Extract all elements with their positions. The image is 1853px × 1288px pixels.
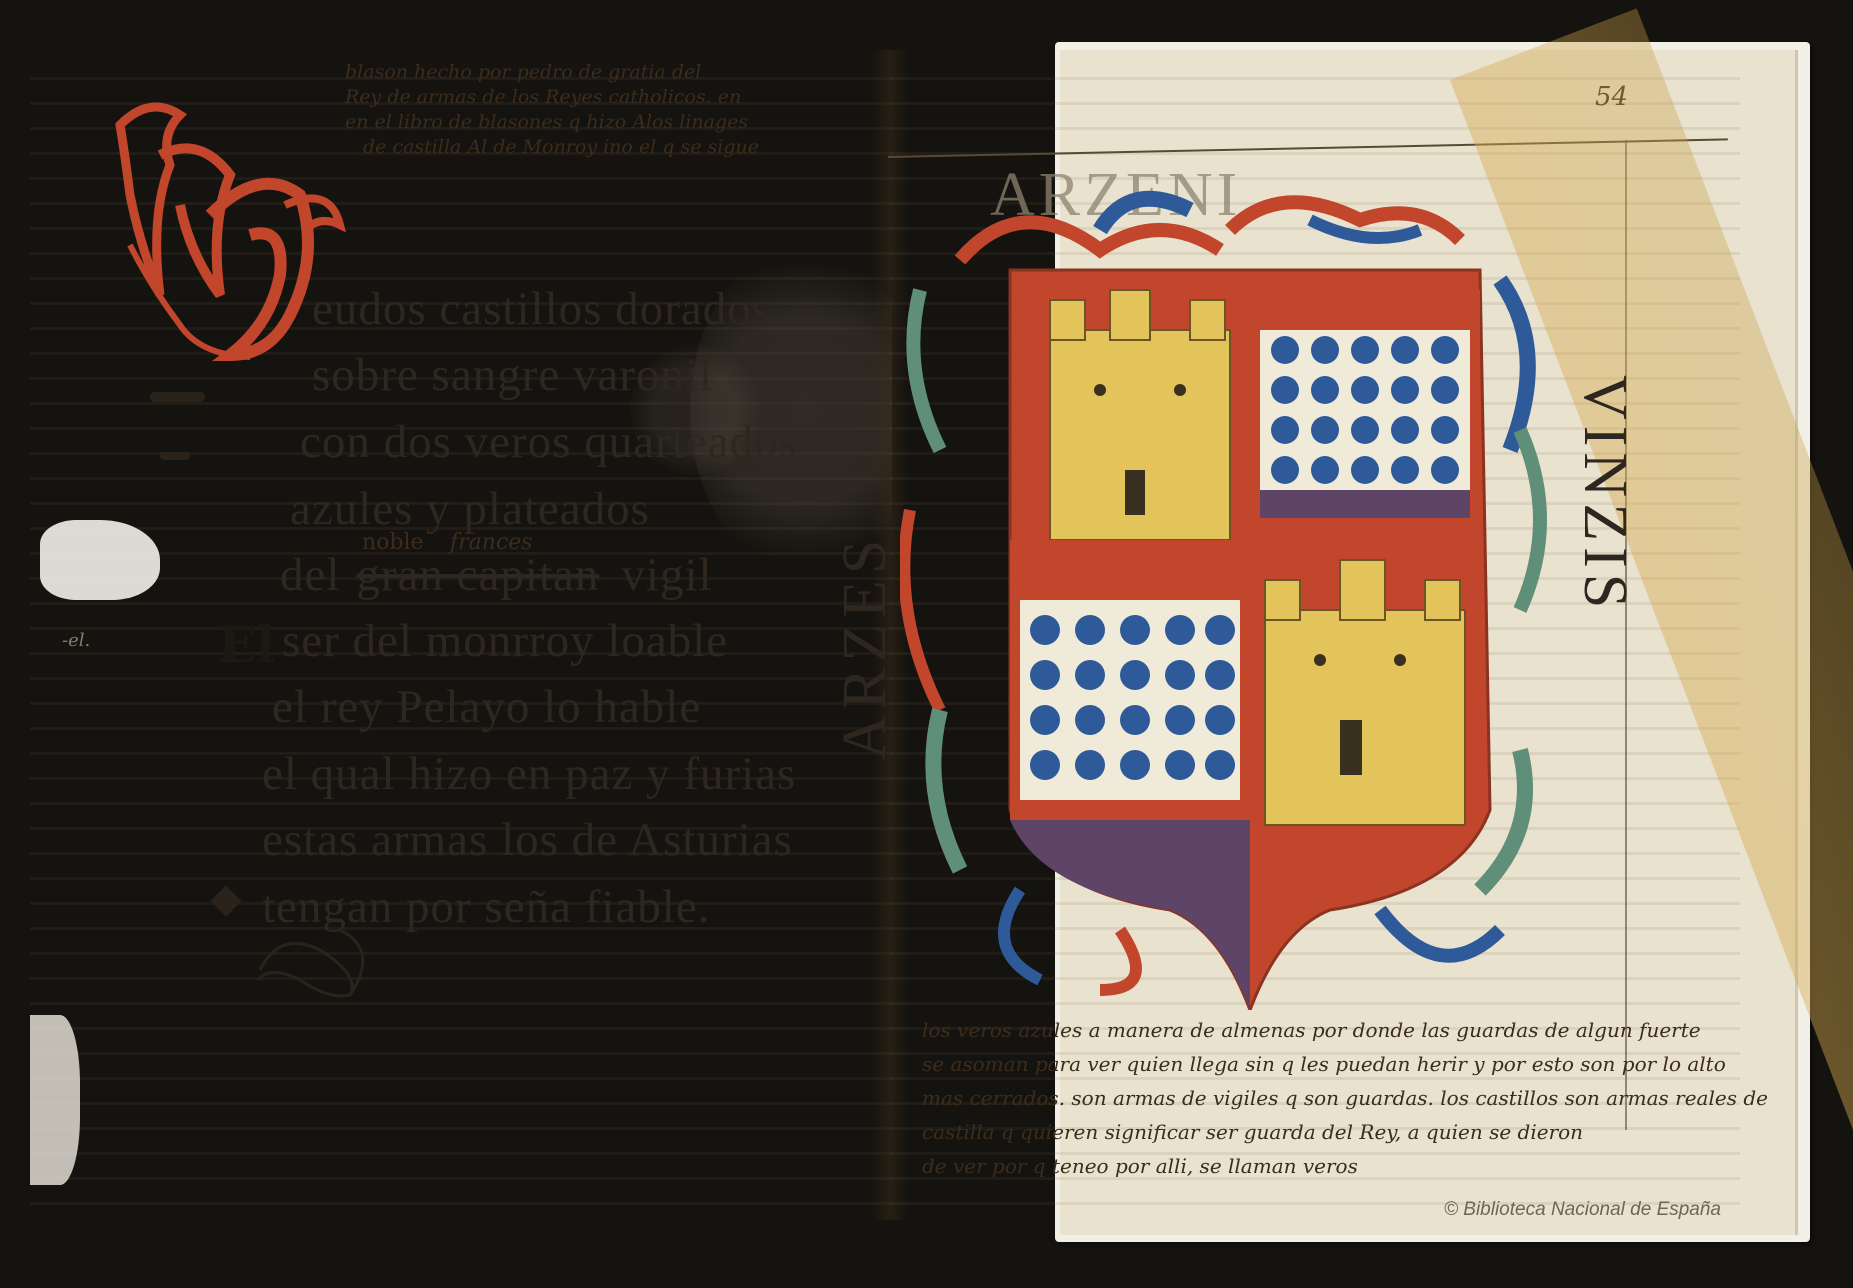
decorated-initial: V (90, 95, 350, 365)
margin-mark-el: El (218, 615, 275, 674)
paper-patch (40, 520, 160, 600)
verse-line-3: con dos veros quarteados (300, 415, 798, 469)
verse-word-del: del (280, 549, 340, 601)
caption: los veros azules a manera de almenas por… (922, 1013, 1768, 1183)
verse-line-7: el rey Pelayo lo hable (272, 680, 701, 734)
struck-text: gran capitan (356, 549, 599, 601)
correction-noble: noble (362, 530, 424, 555)
margin-gloss: -el. (62, 630, 90, 651)
verse-line-1: eudos castillos dorados (312, 282, 771, 336)
marginal-note-line: blason hecho por pedro de gratia del (345, 60, 759, 85)
paper-patch-lower (30, 1015, 80, 1185)
verse-line-2: sobre sangre varonil (312, 348, 713, 402)
dash-mark (150, 392, 205, 402)
verse-line-5: del gran capitan vigil (280, 548, 713, 602)
caption-line: los veros azules a manera de almenas por… (922, 1013, 1768, 1047)
coat-of-arms (900, 190, 1600, 1010)
marginal-note: blason hecho por pedro de gratia del Rey… (345, 60, 759, 160)
correction-frances: frances (450, 530, 533, 555)
verse-line-9: estas armas los de Asturias (262, 813, 793, 867)
dash-mark (160, 452, 190, 460)
flourish-icon (240, 920, 400, 1000)
vertical-label-left: ARZES (830, 534, 901, 760)
verse-line-6: ser del monrroy loable (282, 614, 728, 668)
verse-word-vigil: vigil (621, 549, 712, 601)
marginal-note-line: Rey de armas de los Reyes catholicos. en (345, 85, 759, 110)
verse-line-8: el qual hizo en paz y furias (262, 747, 796, 801)
copyright-notice: © Biblioteca Nacional de España (1444, 1199, 1721, 1221)
caption-line: castilla q quieren significar ser guarda… (922, 1115, 1768, 1149)
marginal-note-line: en el libro de blasones q hizo Alos lina… (345, 110, 759, 135)
marginal-note-line: de castilla Al de Monroy ino el q se sig… (345, 135, 759, 160)
caption-line: de ver por q teneo por alli, se llaman v… (922, 1149, 1768, 1183)
caption-line: mas cerrados. son armas de vigiles q son… (922, 1081, 1768, 1115)
caption-line: se asoman para ver quien llega sin q les… (922, 1047, 1768, 1081)
verse-line-4: azules y plateados (290, 482, 650, 536)
